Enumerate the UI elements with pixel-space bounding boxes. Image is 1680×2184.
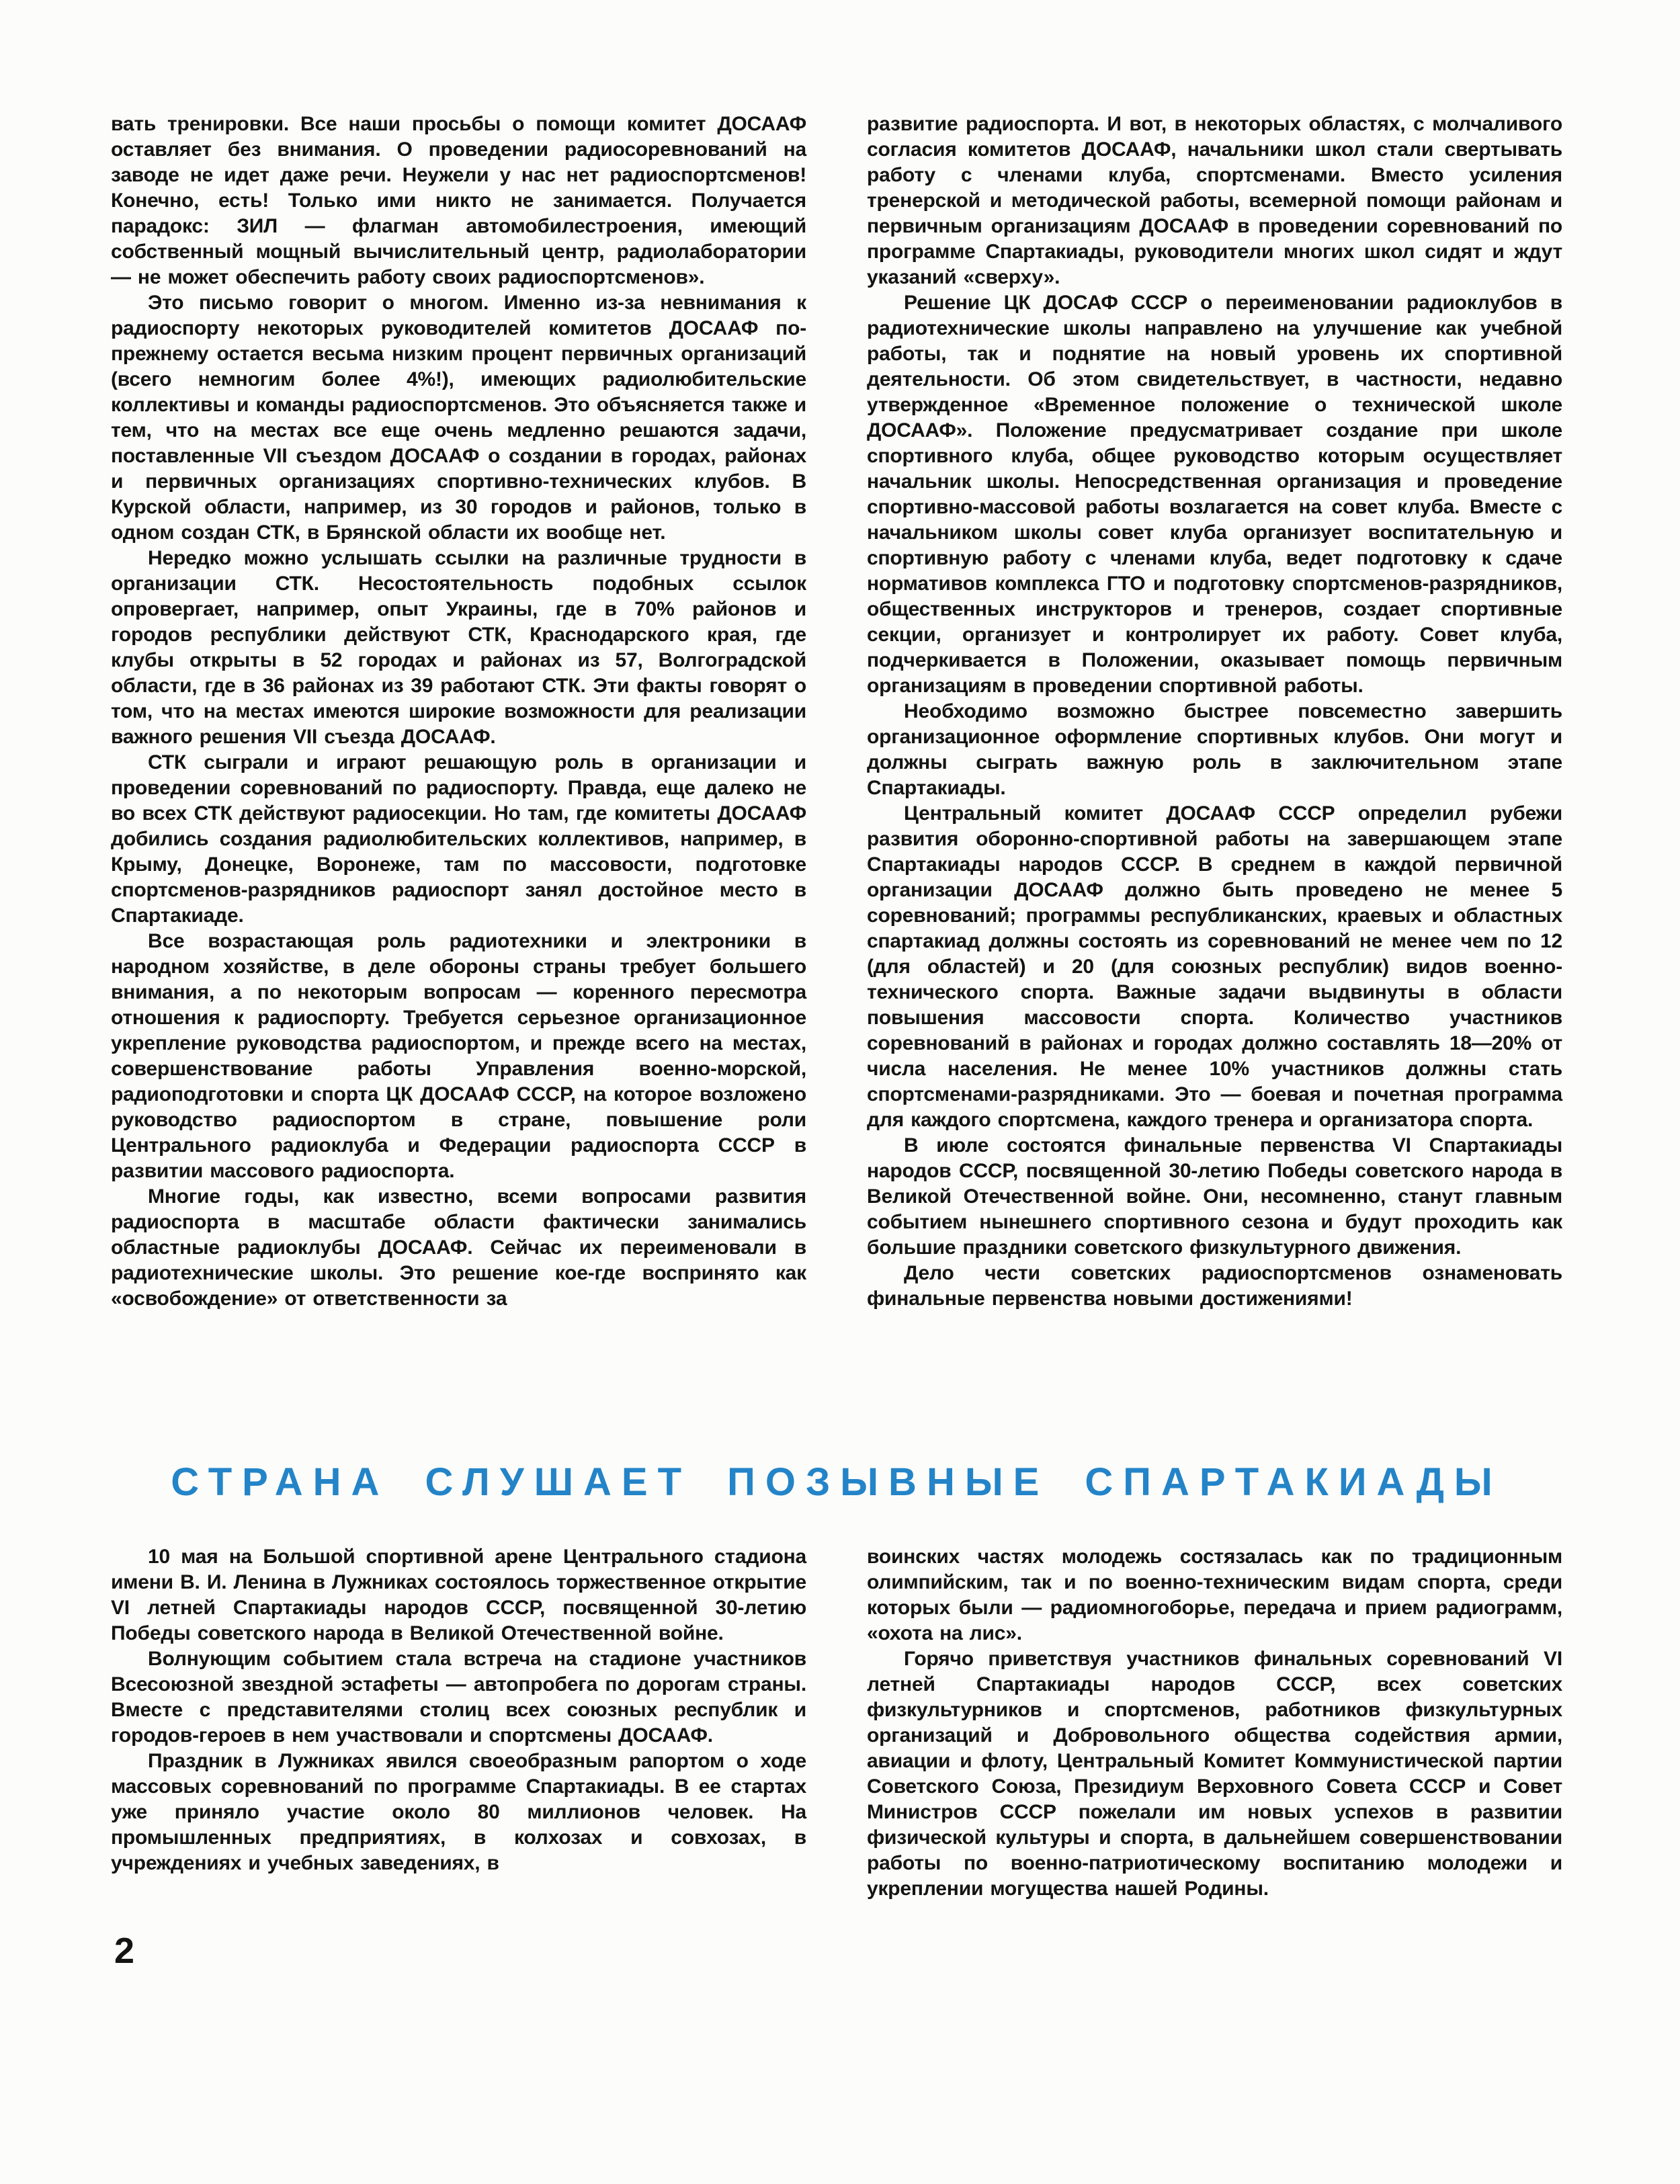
paragraph: Горячо приветствуя участников финальных …: [867, 1646, 1562, 1902]
paragraph: Необходимо возможно быстрее повсеместно …: [867, 699, 1562, 801]
lead-article-right-column: развитие радиоспорта. И вот, в некоторых…: [867, 112, 1562, 1422]
paragraph: Все возрастающая роль радиотехники и эле…: [111, 929, 806, 1184]
paragraph: Праздник в Лужниках явился своеобразным …: [111, 1749, 806, 1876]
paragraph: воинских частях молодежь состязалась как…: [867, 1544, 1562, 1646]
story-article-right-column: воинских частях молодежь состязалась как…: [867, 1544, 1562, 1921]
paragraph: Дело чести советских радиоспортсменов оз…: [867, 1261, 1562, 1312]
paragraph: 10 мая на Большой спортивной арене Центр…: [111, 1544, 806, 1646]
paragraph: В июле состоятся финальные первенства VI…: [867, 1133, 1562, 1261]
paragraph: Центральный комитет ДОСААФ СССР определи…: [867, 801, 1562, 1133]
story-article-left-column: 10 мая на Большой спортивной арене Центр…: [111, 1544, 806, 1921]
section-headline: СТРАНА СЛУШАЕТ ПОЗЫВНЫЕ СПАРТАКИАДЫ: [111, 1462, 1562, 1503]
story-article: 10 мая на Большой спортивной арене Центр…: [111, 1544, 1562, 1921]
lead-article: вать тренировки. Все наши просьбы о помо…: [111, 112, 1562, 1422]
paragraph: вать тренировки. Все наши просьбы о помо…: [111, 112, 806, 290]
paragraph: СТК сыграли и играют решающую роль в орг…: [111, 750, 806, 929]
paragraph: Многие годы, как известно, всеми вопроса…: [111, 1184, 806, 1312]
lead-article-left-column: вать тренировки. Все наши просьбы о помо…: [111, 112, 806, 1422]
paragraph: Волнующим событием стала встреча на стад…: [111, 1646, 806, 1749]
magazine-page: вать тренировки. Все наши просьбы о помо…: [0, 0, 1680, 2184]
paragraph: Решение ЦК ДОСАФ СССР о переименовании р…: [867, 290, 1562, 699]
page-number: 2: [114, 1930, 134, 1972]
paragraph: Это письмо говорит о многом. Именно из-з…: [111, 290, 806, 546]
paragraph: Нередко можно услышать ссылки на различн…: [111, 546, 806, 750]
paragraph: развитие радиоспорта. И вот, в некоторых…: [867, 112, 1562, 290]
